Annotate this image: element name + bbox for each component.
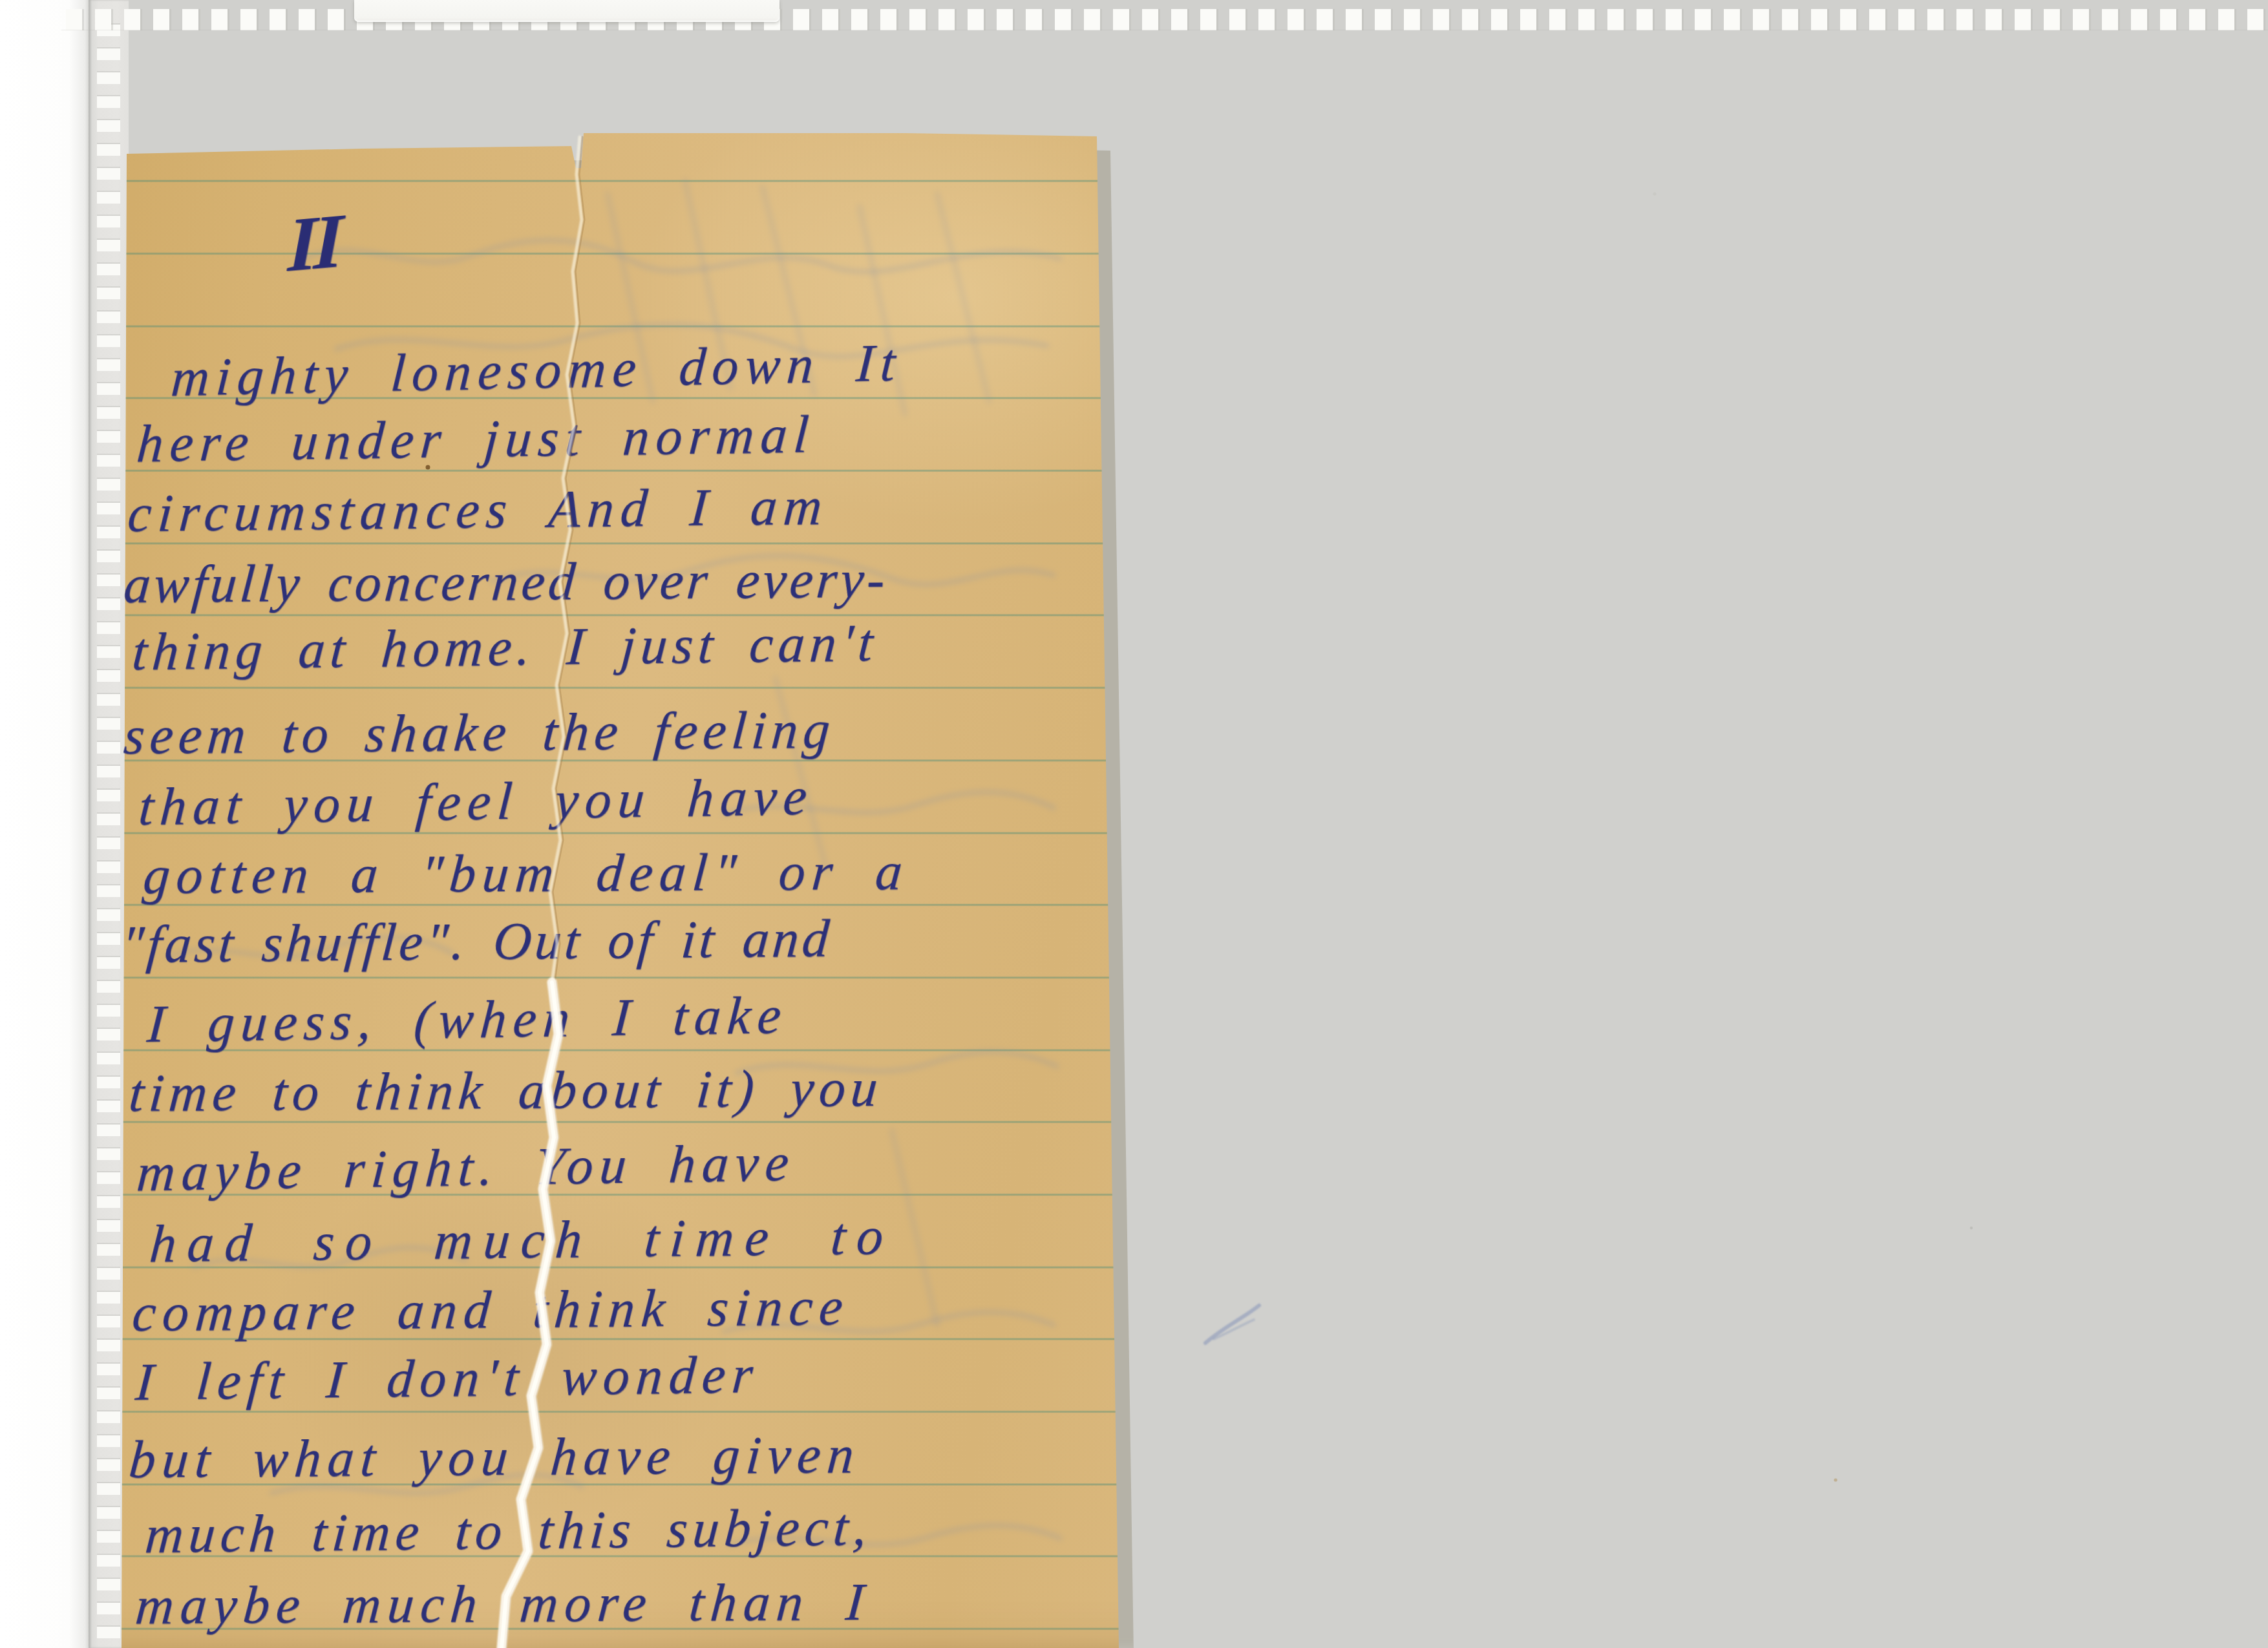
paper-tear [0, 0, 2268, 1648]
scan-background: II mighty lonesome down It here under ju… [0, 0, 2268, 1648]
dust-specks [426, 193, 1973, 1482]
ink-smudge-mark [1205, 1305, 1259, 1343]
